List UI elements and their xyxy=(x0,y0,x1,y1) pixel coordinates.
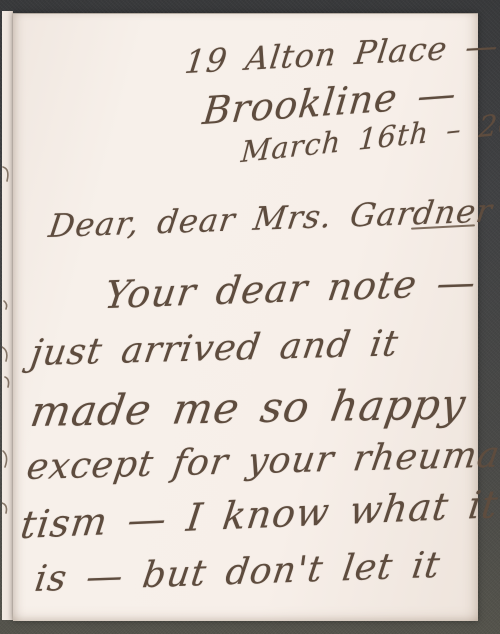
body-line-5: tism — I know what it xyxy=(18,485,500,544)
photograph-background: 19 Alton Place — Brookline — March 16th … xyxy=(0,0,500,634)
salutation-line: Dear, dear Mrs. Gardner — xyxy=(47,193,500,242)
body-line-2: just arrived and it xyxy=(28,326,401,372)
letter-page: 19 Alton Place — Brookline — March 16th … xyxy=(13,13,478,621)
body-line-3: made me so happy xyxy=(28,383,469,433)
body-line-4: except for your rheuma- xyxy=(24,437,500,486)
facing-page-edge xyxy=(2,11,13,620)
facing-page-ink-marks xyxy=(2,11,12,620)
body-line-1: Your dear note — xyxy=(102,263,478,314)
body-line-6: is — but don't let it xyxy=(32,548,442,598)
